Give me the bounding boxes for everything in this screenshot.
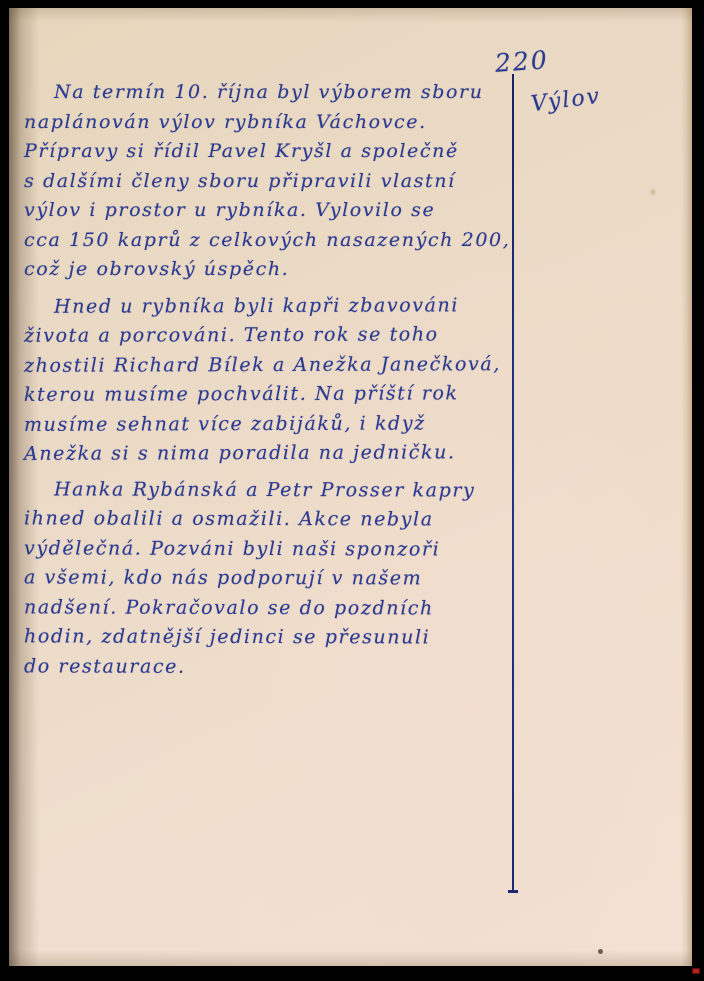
handwritten-line: a všemi, kdo nás podporují v našem: [24, 563, 510, 594]
paragraph: Hanka Rybánská a Petr Prosser kapry ihne…: [24, 476, 510, 683]
handwritten-line: Přípravy si řídil Pavel Kryšl a společně: [24, 137, 510, 167]
page-bottom-edge: [9, 950, 692, 966]
handwritten-line: ihned obalili a osmažili. Akce nebyla: [24, 504, 510, 535]
handwritten-line: do restaurace.: [24, 652, 510, 683]
page-right-edge: [681, 8, 692, 966]
paragraph: Hned u rybníka byli kapři zbavováni živo…: [24, 292, 510, 469]
handwritten-line: Hned u rybníka byli kapři zbavováni: [24, 291, 510, 322]
handwritten-line: naplánován výlov rybníka Váchovce.: [24, 108, 510, 138]
handwritten-line: s dalšími členy sboru připravili vlastní: [24, 167, 510, 197]
scan-artifact: [692, 968, 700, 974]
page-number: 220: [494, 45, 550, 78]
handwritten-line: cca 150 kaprů z celkových nasazených 200…: [24, 226, 510, 256]
handwritten-line: Na termín 10. října byl výborem sboru: [24, 78, 510, 108]
handwritten-line: kterou musíme pochválit. Na příští rok: [24, 379, 510, 410]
handwritten-line: což je obrovský úspěch.: [24, 255, 510, 285]
paragraph: Na termín 10. října byl výborem sboru na…: [24, 78, 510, 285]
handwritten-line: hodin, zdatnější jedinci se přesunuli: [24, 622, 510, 653]
paper-stain: [649, 188, 657, 196]
handwritten-line: zhostili Richard Bílek a Anežka Janečkov…: [24, 350, 510, 381]
margin-rule-foot: [508, 890, 518, 893]
handwritten-line: výlov i prostor u rybníka. Vylovilo se: [24, 196, 510, 226]
handwritten-line: života a porcováni. Tento rok se toho: [24, 320, 510, 351]
handwritten-line: výdělečná. Pozváni byli naši sponzoři: [24, 534, 510, 565]
handwritten-line: nadšení. Pokračovalo se do pozdních: [24, 593, 510, 624]
handwritten-line: Hanka Rybánská a Petr Prosser kapry: [24, 475, 510, 506]
handwritten-line: musíme sehnat více zabijáků, i když: [24, 409, 510, 440]
handwritten-text-block: Na termín 10. října byl výborem sboru na…: [24, 78, 510, 689]
margin-rule-line: [512, 74, 514, 892]
scan-speck: [598, 949, 603, 954]
page-top-edge: [9, 8, 692, 22]
handwritten-line: Anežka si s nima poradila na jedničku.: [24, 438, 510, 469]
